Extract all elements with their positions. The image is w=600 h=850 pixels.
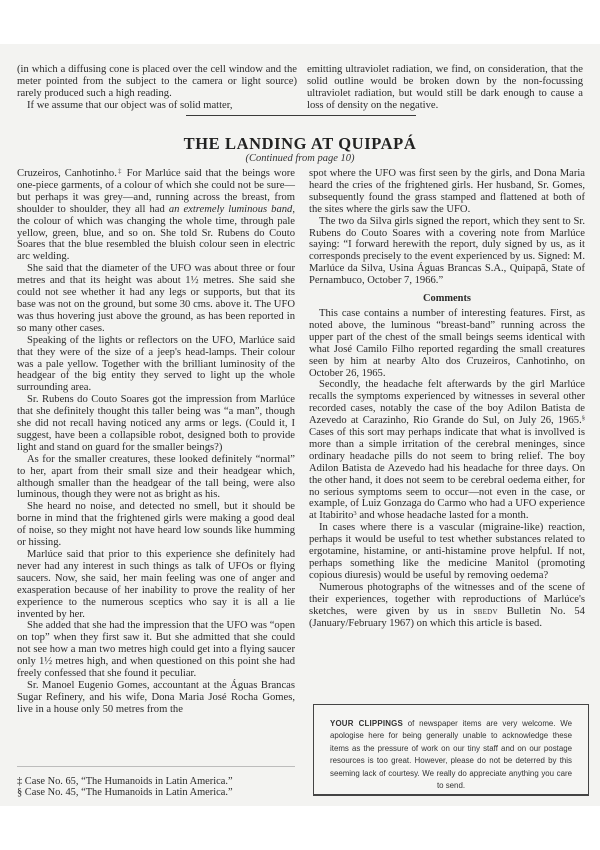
footnote-mark: §: [582, 415, 585, 422]
clippings-notice-box: YOUR CLIPPINGS of newspaper items are ve…: [313, 704, 589, 796]
paragraph: As for the smaller creatures, these look…: [17, 454, 295, 502]
text: Secondly, the headache felt afterwards b…: [309, 379, 585, 426]
text: Cases of this sort may perhaps indicate …: [309, 427, 585, 521]
paragraph: Secondly, the headache felt afterwards b…: [309, 379, 585, 522]
notice-lead: YOUR CLIPPINGS: [330, 719, 403, 728]
organization-acronym: sbedv: [473, 606, 497, 617]
paragraph: Speaking of the lights or reflectors on …: [17, 335, 295, 395]
paragraph: The two da Silva girls signed the report…: [309, 216, 585, 287]
footnote: ‡ Case No. 65, “The Humanoids in Latin A…: [17, 776, 297, 787]
previous-article-right-column: emitting ultraviolet radiation, we find,…: [307, 64, 583, 112]
emphasis-text: an extremely luminous band: [169, 204, 293, 215]
article-left-column: Cruzeiros, Canhotinho.‡ For Marlúce said…: [17, 168, 295, 716]
footnote-divider: [17, 766, 295, 767]
paragraph: emitting ultraviolet radiation, we find,…: [307, 64, 583, 112]
paragraph: This case contains a number of interesti…: [309, 308, 585, 379]
paragraph: Cruzeiros, Canhotinho.‡ For Marlúce said…: [17, 168, 295, 263]
comments-heading: Comments: [309, 293, 585, 305]
paragraph: If we assume that our object was of soli…: [17, 100, 297, 112]
paragraph: Marlúce said that prior to this experien…: [17, 549, 295, 620]
section-divider: [186, 115, 416, 116]
article-subtitle: (Continued from page 10): [0, 153, 600, 164]
paragraph: She heard no noise, and detected no smel…: [17, 501, 295, 549]
article-title: THE LANDING AT QUIPAPÁ: [0, 134, 600, 154]
paragraph: spot where the UFO was first seen by the…: [309, 168, 585, 216]
footnote-text: Case No. 45, “The Humanoids in Latin Ame…: [22, 787, 232, 798]
footnote: § Case No. 45, “The Humanoids in Latin A…: [17, 787, 297, 798]
paragraph: In cases where there is a vascular (migr…: [309, 522, 585, 582]
text: and whose headache lasted for a month.: [357, 510, 529, 521]
paragraph: Sr. Manoel Eugenio Gomes, accountant at …: [17, 680, 295, 716]
article-right-column: spot where the UFO was first seen by the…: [309, 168, 585, 629]
paragraph: She said that the diameter of the UFO wa…: [17, 263, 295, 334]
text: Cruzeiros, Canhotinho.: [17, 168, 117, 179]
notice-text: of newspaper items are very welcome. We …: [330, 719, 572, 790]
paragraph: (in which a diffusing cone is placed ove…: [17, 64, 297, 100]
paragraph: Sr. Rubens do Couto Soares got the impre…: [17, 394, 295, 454]
paragraph: Numerous photographs of the witnesses an…: [309, 582, 585, 630]
footnotes: ‡ Case No. 65, “The Humanoids in Latin A…: [17, 776, 297, 798]
paragraph: She added that she had the impression th…: [17, 620, 295, 680]
footnote-text: Case No. 65, “The Humanoids in Latin Ame…: [22, 776, 232, 787]
previous-article-left-column: (in which a diffusing cone is placed ove…: [17, 64, 297, 112]
